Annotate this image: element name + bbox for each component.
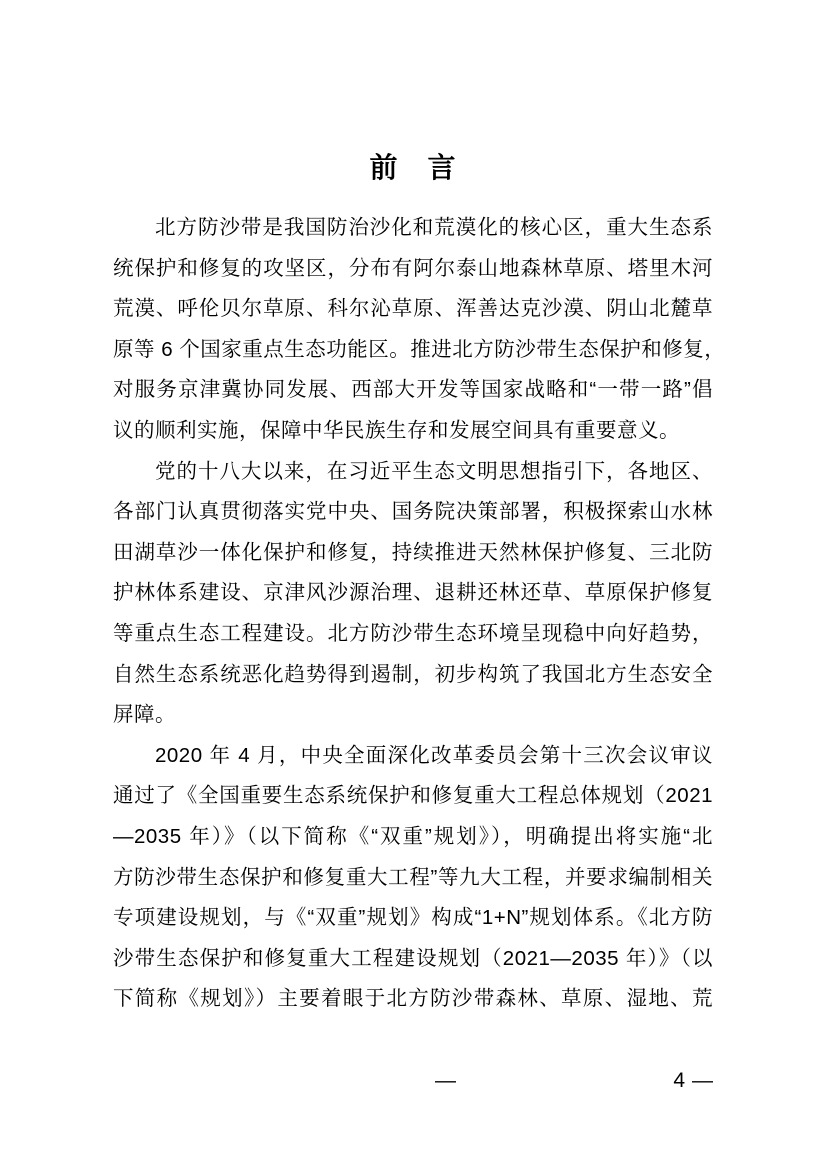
- paragraph-1: 北方防沙带是我国防治沙化和荒漠化的核心区，重大生态系 统保护和修复的攻坚区，分布…: [113, 208, 713, 452]
- text-line: 屏障。: [113, 695, 713, 736]
- text-line: 护林体系建设、京津风沙源治理、退耕还林还草、草原保护修复: [113, 573, 713, 614]
- text-line: 统保护和修复的攻坚区，分布有阿尔泰山地森林草原、塔里木河: [113, 249, 713, 290]
- text-line: 对服务京津冀协同发展、西部大开发等国家战略和“一带一路”倡: [113, 370, 713, 411]
- page-footer: 4—: [673, 1068, 713, 1094]
- page-title: 前 言: [113, 148, 713, 188]
- page-number: 4: [673, 1069, 685, 1092]
- text-line: 自然生态系统恶化趋势得到遏制，初步构筑了我国北方生态安全: [113, 655, 713, 696]
- text-line: 议的顺利实施，保障中华民族生存和发展空间具有重要意义。: [113, 411, 713, 452]
- text-line: 党的十八大以来，在习近平生态文明思想指引下，各地区、: [113, 452, 713, 493]
- paragraph-3: 2020 年 4 月，中央全面深化改革委员会第十三次会议审议 通过了《全国重要生…: [113, 736, 713, 1020]
- text-line: 各部门认真贯彻落实党中央、国务院决策部署，积极探索山水林: [113, 492, 713, 533]
- footer-dash-left: —: [435, 1068, 456, 1094]
- text-line: 通过了《全国重要生态系统保护和修复重大工程总体规划（2021: [113, 776, 713, 817]
- text-line: 荒漠、呼伦贝尔草原、科尔沁草原、浑善达克沙漠、阴山北麓草: [113, 289, 713, 330]
- text-line: 田湖草沙一体化保护和修复，持续推进天然林保护修复、三北防: [113, 533, 713, 574]
- text-line: 等重点生态工程建设。北方防沙带生态环境呈现稳中向好趋势，: [113, 614, 713, 655]
- text-line: 专项建设规划，与《“双重”规划》构成“1+N”规划体系。《北方防: [113, 898, 713, 939]
- footer-dash-right: —: [692, 1069, 713, 1092]
- text-line: 北方防沙带是我国防治沙化和荒漠化的核心区，重大生态系: [113, 208, 713, 249]
- preface-body: 北方防沙带是我国防治沙化和荒漠化的核心区，重大生态系 统保护和修复的攻坚区，分布…: [113, 208, 713, 1020]
- document-page: 前 言 北方防沙带是我国防治沙化和荒漠化的核心区，重大生态系 统保护和修复的攻坚…: [0, 0, 826, 1169]
- text-line: 沙带生态保护和修复重大工程建设规划（2021—2035 年）》（以: [113, 939, 713, 980]
- text-line: 2020 年 4 月，中央全面深化改革委员会第十三次会议审议: [113, 736, 713, 777]
- text-line: —2035 年）》（以下简称《“双重”规划》），明确提出将实施“北: [113, 817, 713, 858]
- text-line: 原等 6 个国家重点生态功能区。推进北方防沙带生态保护和修复，: [113, 330, 713, 371]
- text-line: 方防沙带生态保护和修复重大工程”等九大工程，并要求编制相关: [113, 858, 713, 899]
- text-line: 下简称《规划》）主要着眼于北方防沙带森林、草原、湿地、荒: [113, 979, 713, 1020]
- paragraph-2: 党的十八大以来，在习近平生态文明思想指引下，各地区、 各部门认真贯彻落实党中央、…: [113, 452, 713, 736]
